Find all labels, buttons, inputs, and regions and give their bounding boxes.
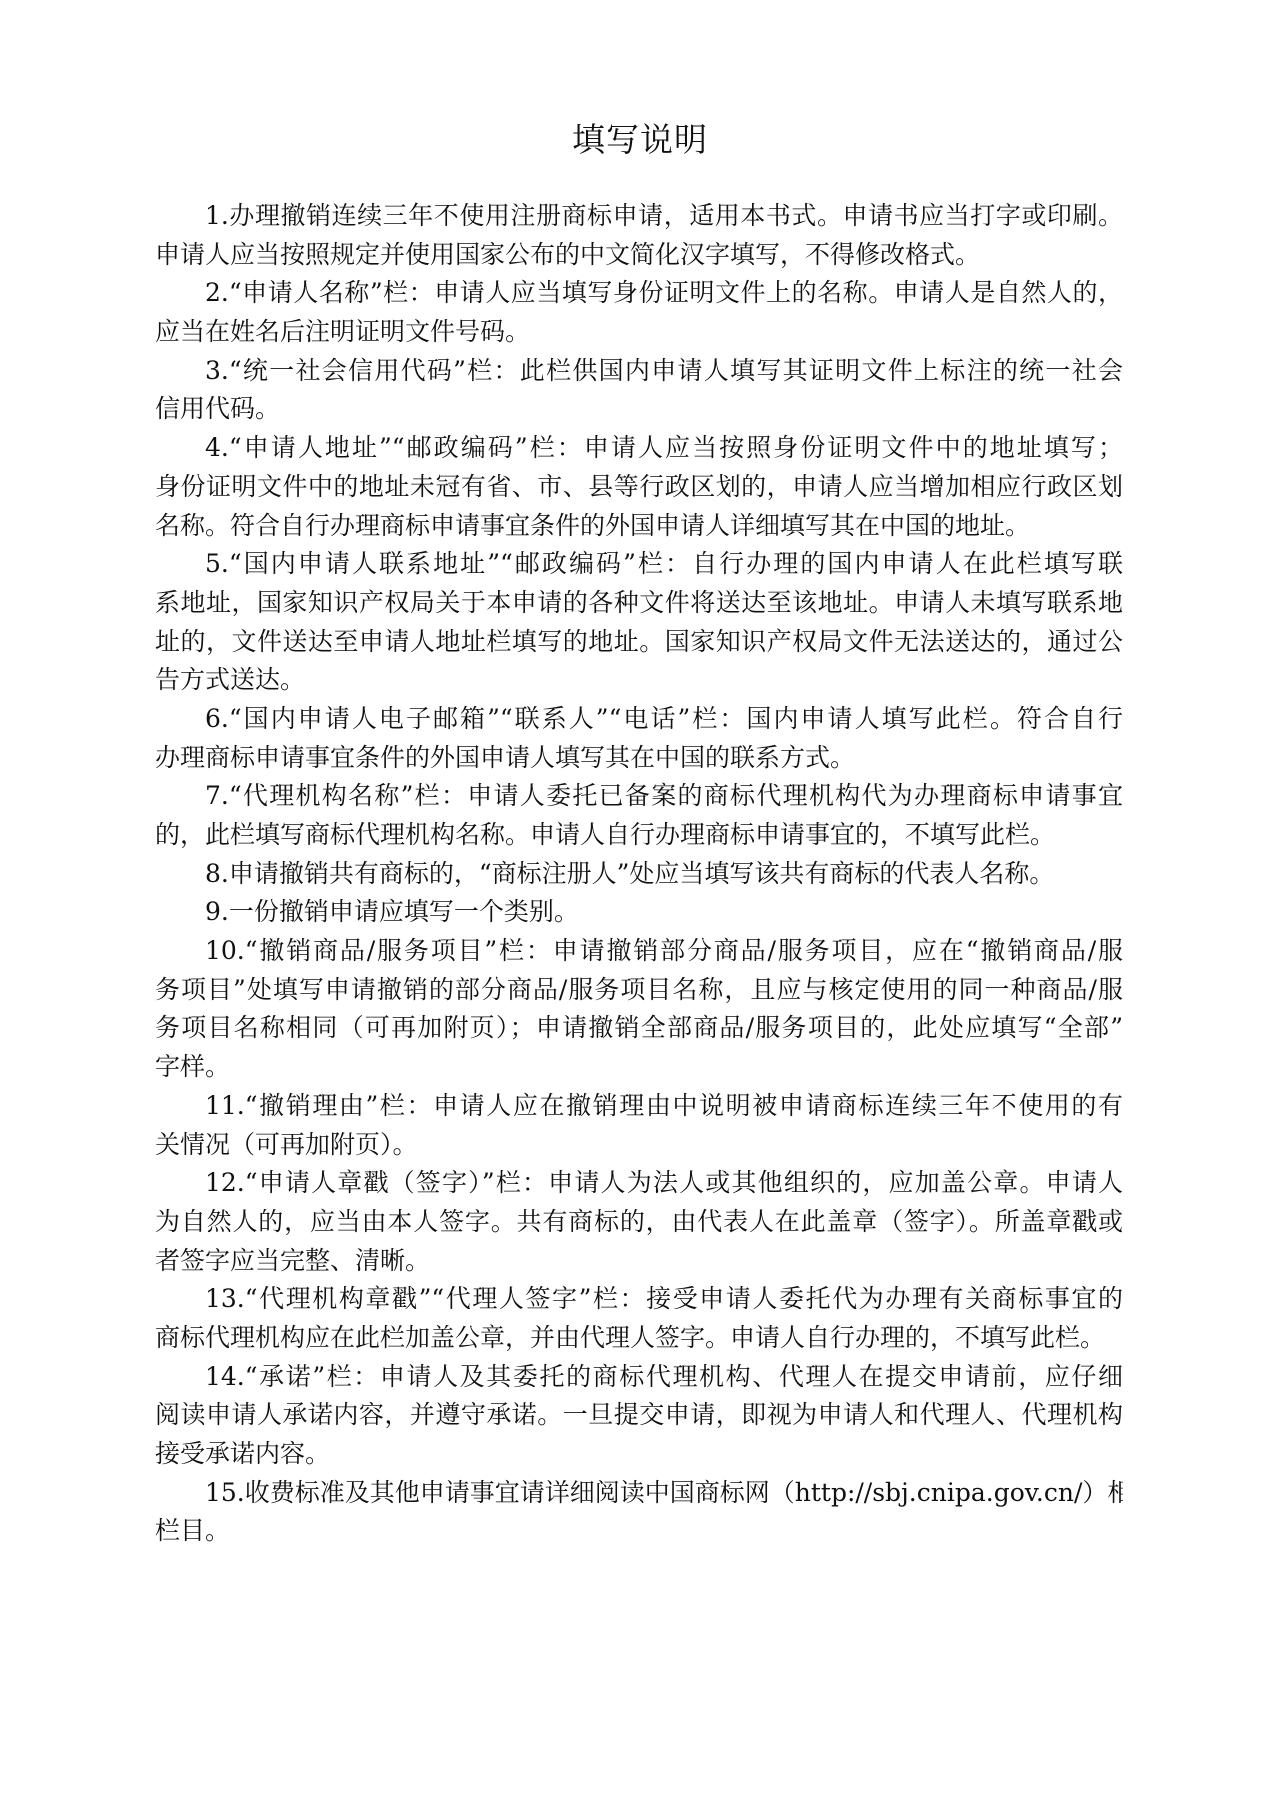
paragraph-line: 身份证明文件中的地址未冠有省、市、县等行政区划的，申请人应当增加相应行政区划 [155,468,1123,507]
paragraph-line: 8.申请撤销共有商标的，“商标注册人”处应当填写该共有商标的代表人名称。 [155,855,1123,894]
paragraph-line: 10.“撤销商品/服务项目”栏：申请撤销部分商品/服务项目，应在“撤销商品/服 [155,932,1123,971]
paragraph-line: 务项目”处填写申请撤销的部分商品/服务项目名称，且应与核定使用的同一种商品/服 [155,971,1123,1010]
paragraph-line: 商标代理机构应在此栏加盖公章，并由代理人签字。申请人自行办理的，不填写此栏。 [155,1319,1123,1358]
paragraph-line: 1.办理撤销连续三年不使用注册商标申请，适用本书式。申请书应当打字或印刷。 [155,197,1123,236]
instruction-item-2: 2.“申请人名称”栏：申请人应当填写身份证明文件上的名称。申请人是自然人的， 应… [155,274,1123,351]
paragraph-line: 14.“承诺”栏：申请人及其委托的商标代理机构、代理人在提交申请前，应仔细 [155,1358,1123,1397]
instruction-item-15: 15.收费标准及其他申请事宜请详细阅读中国商标网（http://sbj.cnip… [155,1474,1123,1551]
paragraph-line: 栏目。 [155,1512,1123,1551]
paragraph-line: 信用代码。 [155,390,1123,429]
paragraph-line: 4.“申请人地址”“邮政编码”栏：申请人应当按照身份证明文件中的地址填写； [155,429,1123,468]
document-page: 填写说明 1.办理撤销连续三年不使用注册商标申请，适用本书式。申请书应当打字或印… [0,0,1280,1810]
paragraph-line: 应当在姓名后注明证明文件号码。 [155,313,1123,352]
instruction-item-1: 1.办理撤销连续三年不使用注册商标申请，适用本书式。申请书应当打字或印刷。 申请… [155,197,1123,274]
instruction-item-5: 5.“国内申请人联系地址”“邮政编码”栏：自行办理的国内申请人在此栏填写联 系地… [155,545,1123,700]
paragraph-line: 5.“国内申请人联系地址”“邮政编码”栏：自行办理的国内申请人在此栏填写联 [155,545,1123,584]
instruction-item-6: 6.“国内申请人电子邮箱”“联系人”“电话”栏：国内申请人填写此栏。符合自行 办… [155,700,1123,777]
page-title: 填写说明 [0,118,1280,162]
paragraph-line: 告方式送达。 [155,661,1123,700]
paragraph-line: 名称。符合自行办理商标申请事宜条件的外国申请人详细填写其在中国的地址。 [155,507,1123,546]
paragraph-line: 2.“申请人名称”栏：申请人应当填写身份证明文件上的名称。申请人是自然人的， [155,274,1123,313]
paragraph-line: 接受承诺内容。 [155,1435,1123,1474]
paragraph-line: 者签字应当完整、清晰。 [155,1242,1123,1281]
instruction-item-8: 8.申请撤销共有商标的，“商标注册人”处应当填写该共有商标的代表人名称。 [155,855,1123,894]
paragraph-line: 办理商标申请事宜条件的外国申请人填写其在中国的联系方式。 [155,739,1123,778]
instruction-item-9: 9.一份撤销申请应填写一个类别。 [155,893,1123,932]
paragraph-line: 系地址，国家知识产权局关于本申请的各种文件将送达至该地址。申请人未填写联系地 [155,584,1123,623]
paragraph-line: 15.收费标准及其他申请事宜请详细阅读中国商标网（http://sbj.cnip… [155,1474,1123,1513]
instruction-item-13: 13.“代理机构章戳”“代理人签字”栏：接受申请人委托代为办理有关商标事宜的 商… [155,1280,1123,1357]
paragraph-line: 12.“申请人章戳（签字）”栏：申请人为法人或其他组织的，应加盖公章。申请人 [155,1164,1123,1203]
paragraph-line: 的，此栏填写商标代理机构名称。申请人自行办理商标申请事宜的，不填写此栏。 [155,816,1123,855]
instruction-item-7: 7.“代理机构名称”栏：申请人委托已备案的商标代理机构代为办理商标申请事宜 的，… [155,777,1123,854]
paragraph-line: 关情况（可再加附页）。 [155,1126,1123,1165]
instruction-item-10: 10.“撤销商品/服务项目”栏：申请撤销部分商品/服务项目，应在“撤销商品/服 … [155,932,1123,1087]
instruction-item-11: 11.“撤销理由”栏：申请人应在撤销理由中说明被申请商标连续三年不使用的有 关情… [155,1087,1123,1164]
paragraph-line: 6.“国内申请人电子邮箱”“联系人”“电话”栏：国内申请人填写此栏。符合自行 [155,700,1123,739]
paragraph-line: 9.一份撤销申请应填写一个类别。 [155,893,1123,932]
paragraph-line: 13.“代理机构章戳”“代理人签字”栏：接受申请人委托代为办理有关商标事宜的 [155,1280,1123,1319]
paragraph-line: 务项目名称相同（可再加附页）；申请撤销全部商品/服务项目的，此处应填写“全部” [155,1009,1123,1048]
instruction-item-14: 14.“承诺”栏：申请人及其委托的商标代理机构、代理人在提交申请前，应仔细 阅读… [155,1358,1123,1474]
instruction-item-12: 12.“申请人章戳（签字）”栏：申请人为法人或其他组织的，应加盖公章。申请人 为… [155,1164,1123,1280]
paragraph-line: 阅读申请人承诺内容，并遵守承诺。一旦提交申请，即视为申请人和代理人、代理机构 [155,1396,1123,1435]
paragraph-line: 3.“统一社会信用代码”栏：此栏供国内申请人填写其证明文件上标注的统一社会 [155,352,1123,391]
paragraph-line: 址的，文件送达至申请人地址栏填写的地址。国家知识产权局文件无法送达的，通过公 [155,623,1123,662]
paragraph-line: 为自然人的，应当由本人签字。共有商标的，由代表人在此盖章（签字）。所盖章戳或 [155,1203,1123,1242]
instruction-item-4: 4.“申请人地址”“邮政编码”栏：申请人应当按照身份证明文件中的地址填写； 身份… [155,429,1123,545]
paragraph-line: 申请人应当按照规定并使用国家公布的中文简化汉字填写，不得修改格式。 [155,236,1123,275]
instruction-item-3: 3.“统一社会信用代码”栏：此栏供国内申请人填写其证明文件上标注的统一社会 信用… [155,352,1123,429]
instructions-body: 1.办理撤销连续三年不使用注册商标申请，适用本书式。申请书应当打字或印刷。 申请… [155,197,1123,1551]
paragraph-line: 字样。 [155,1048,1123,1087]
paragraph-line: 11.“撤销理由”栏：申请人应在撤销理由中说明被申请商标连续三年不使用的有 [155,1087,1123,1126]
paragraph-line: 7.“代理机构名称”栏：申请人委托已备案的商标代理机构代为办理商标申请事宜 [155,777,1123,816]
